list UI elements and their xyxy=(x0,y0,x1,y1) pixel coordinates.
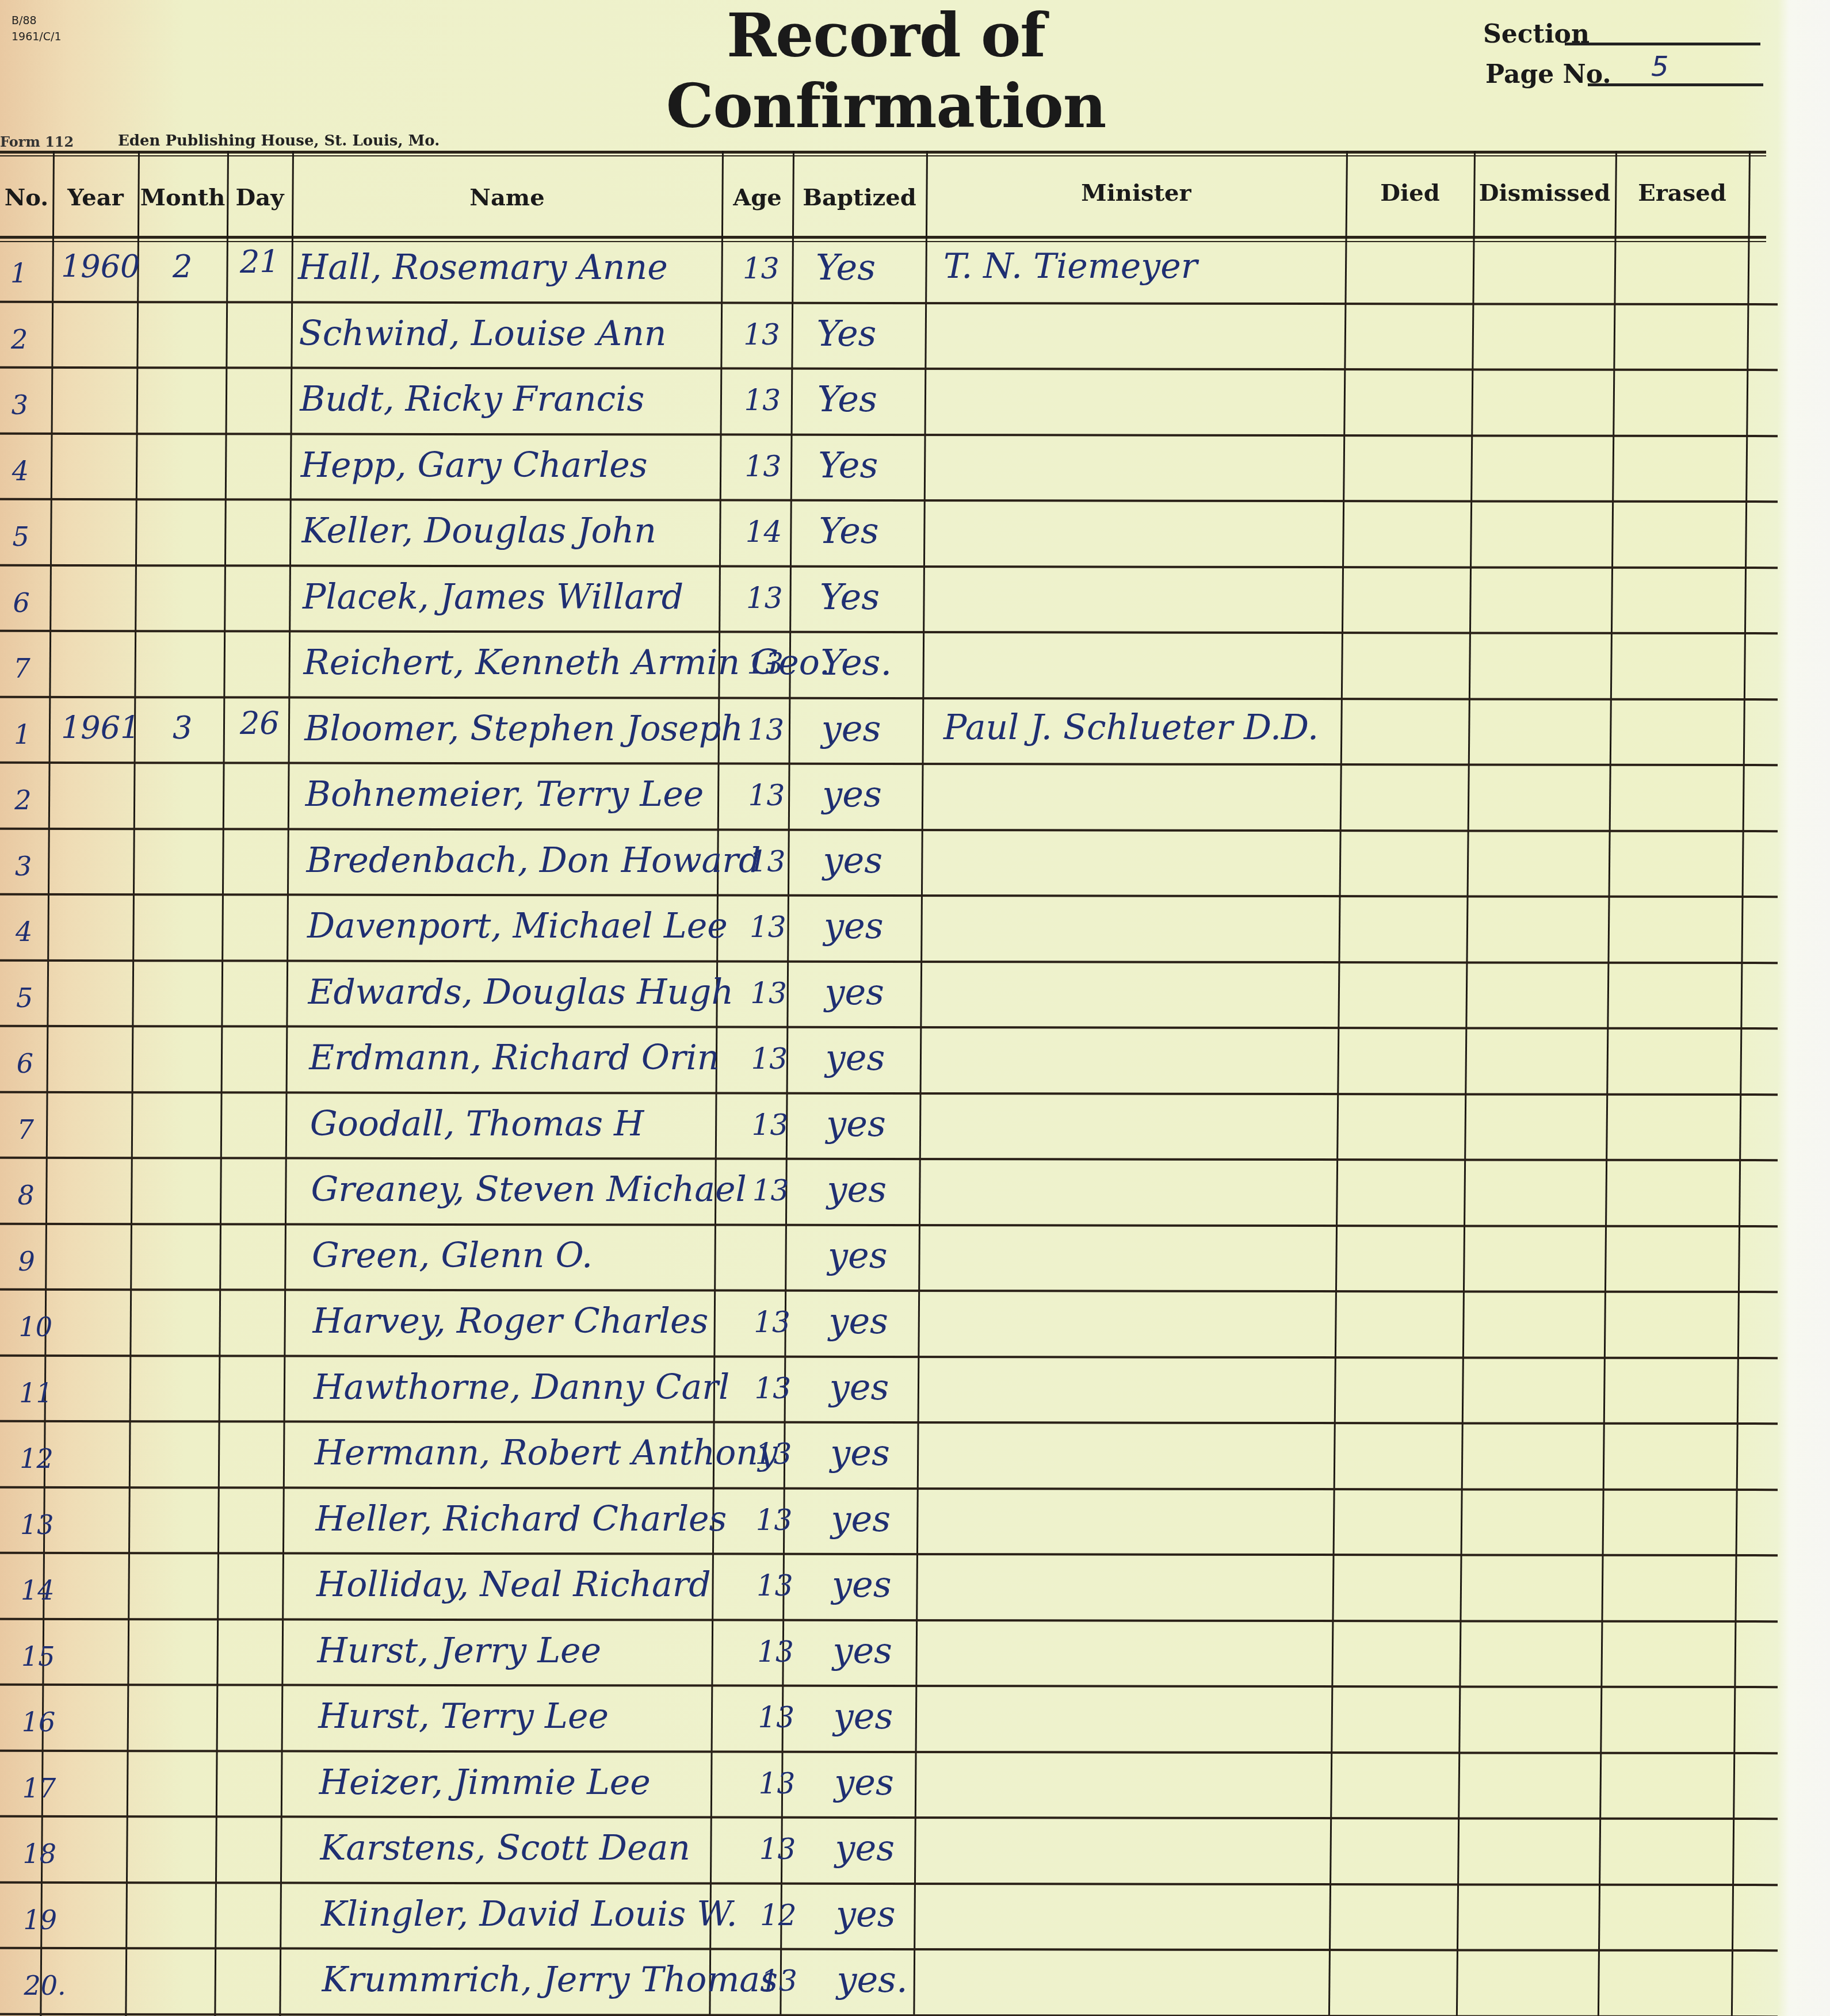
row-rule xyxy=(0,762,1778,766)
row-rule xyxy=(0,498,1778,503)
row-baptized: yes xyxy=(826,1036,885,1078)
row-month: 3 xyxy=(173,710,192,746)
row-name: Hawthorne, Danny Carl xyxy=(314,1367,729,1407)
row-age: 13 xyxy=(754,1372,791,1405)
header-bottom-rule xyxy=(0,236,1766,239)
column-header-age: Age xyxy=(722,184,793,211)
row-rule xyxy=(0,1749,1778,1754)
row-baptized: yes xyxy=(832,1629,892,1671)
row-number: 1 xyxy=(10,258,27,289)
header-bottom-rule-thin xyxy=(0,241,1766,242)
column-divider xyxy=(214,151,229,2016)
row-baptized: yes xyxy=(832,1563,892,1605)
row-number: 17 xyxy=(22,1773,56,1804)
row-name: Klingler, David Louis W. xyxy=(321,1894,738,1934)
row-rule xyxy=(0,1617,1778,1622)
row-age: 13 xyxy=(761,1964,797,1998)
row-baptized: yes xyxy=(824,905,884,947)
row-age: 13 xyxy=(755,1437,792,1471)
row-baptized: Yes xyxy=(818,444,878,486)
row-age: 13 xyxy=(757,1635,794,1669)
column-header-name: Name xyxy=(292,184,722,211)
row-baptized: yes xyxy=(830,1432,890,1474)
row-rule xyxy=(0,432,1778,437)
row-name: Budt, Ricky Francis xyxy=(300,379,644,419)
column-header-baptized: Baptized xyxy=(793,184,926,211)
row-name: Karstens, Scott Dean xyxy=(320,1828,690,1868)
row-number: 6 xyxy=(13,587,30,618)
page-title: Record of Confirmation xyxy=(575,0,1197,141)
row-baptized: Yes xyxy=(820,576,880,618)
row-name: Harvey, Roger Charles xyxy=(313,1301,709,1341)
row-minister: Paul J. Schlueter D.D. xyxy=(943,707,1319,748)
column-divider xyxy=(279,151,294,2016)
archive-reference-line1: B/88 xyxy=(12,13,62,29)
row-name: Placek, James Willard xyxy=(303,577,683,617)
row-age: 13 xyxy=(744,384,781,417)
row-name: Goodall, Thomas H xyxy=(310,1104,644,1144)
row-age: 13 xyxy=(745,450,782,483)
row-baptized: yes xyxy=(824,971,884,1013)
row-baptized: yes xyxy=(822,707,881,749)
row-number: 15 xyxy=(21,1641,55,1672)
row-rule xyxy=(0,1091,1778,1095)
row-name: Holliday, Neal Richard xyxy=(316,1564,711,1605)
row-baptized: yes xyxy=(831,1498,891,1540)
row-age: 12 xyxy=(760,1899,797,1932)
row-age: 13 xyxy=(746,582,783,615)
row-rule xyxy=(0,1420,1778,1425)
row-rule xyxy=(0,1881,1778,1885)
row-rule xyxy=(0,1684,1778,1688)
row-age: 13 xyxy=(752,1108,789,1142)
row-number: 7 xyxy=(13,653,30,684)
row-year: 1961 xyxy=(61,710,140,746)
row-name: Edwards, Douglas Hugh xyxy=(308,972,733,1012)
row-rule xyxy=(0,1354,1778,1359)
row-baptized: yes xyxy=(823,839,883,881)
form-number: Form 112 xyxy=(0,133,74,150)
row-age: 13 xyxy=(757,1569,793,1602)
column-divider xyxy=(1328,151,1348,2016)
row-rule xyxy=(0,366,1778,371)
row-name: Bohnemeier, Terry Lee xyxy=(305,774,704,814)
row-age: 13 xyxy=(758,1701,794,1734)
column-header-dismissed: Dismissed xyxy=(1474,179,1615,206)
row-number: 6 xyxy=(17,1048,33,1079)
row-age: 13 xyxy=(749,845,786,878)
row-name: Heizer, Jimmie Lee xyxy=(319,1762,651,1803)
row-age: 13 xyxy=(743,318,780,351)
header-top-rule xyxy=(0,151,1766,154)
column-divider xyxy=(913,151,928,2016)
row-rule xyxy=(0,1815,1778,1820)
column-header-erased: Erased xyxy=(1615,179,1749,206)
archive-reference-line2: 1961/C/1 xyxy=(12,29,62,45)
row-number: 12 xyxy=(20,1443,54,1474)
row-day: 26 xyxy=(240,705,280,741)
row-age: 13 xyxy=(756,1504,793,1537)
row-baptized: yes xyxy=(826,1103,886,1145)
row-name: Greaney, Steven Michael xyxy=(311,1169,746,1210)
row-number: 3 xyxy=(12,389,28,420)
row-minister: T. N. Tiemeyer xyxy=(943,246,1197,286)
row-number: 2 xyxy=(11,324,28,355)
column-divider xyxy=(1598,151,1617,2016)
row-rule xyxy=(0,827,1778,832)
row-number: 9 xyxy=(18,1246,35,1277)
row-baptized: yes. xyxy=(836,1958,907,2000)
row-age: 13 xyxy=(759,1833,796,1866)
row-name: Schwind, Louise Ann xyxy=(299,313,667,354)
row-name: Keller, Douglas John xyxy=(301,511,656,551)
row-number: 4 xyxy=(16,916,32,947)
row-number: 1 xyxy=(14,719,30,750)
row-rule xyxy=(0,300,1778,305)
row-number: 18 xyxy=(23,1838,57,1869)
column-divider xyxy=(1731,151,1751,2016)
row-name: Hermann, Robert Anthony xyxy=(315,1433,778,1473)
row-rule xyxy=(0,1486,1778,1490)
row-age: 13 xyxy=(759,1767,796,1800)
row-baptized: yes xyxy=(828,1234,888,1276)
row-number: 7 xyxy=(17,1114,34,1145)
row-rule xyxy=(0,893,1778,898)
row-baptized: yes xyxy=(834,1761,894,1803)
row-name: Davenport, Michael Lee xyxy=(307,906,728,946)
row-number: 2 xyxy=(14,785,31,816)
column-divider xyxy=(780,151,794,2016)
row-name: Krummrich, Jerry Thomas xyxy=(322,1960,778,2000)
row-age: 13 xyxy=(743,252,780,285)
row-baptized: yes xyxy=(835,1827,895,1869)
row-age: 14 xyxy=(746,515,782,549)
column-header-died: Died xyxy=(1346,179,1474,206)
row-age: 13 xyxy=(751,1042,788,1076)
row-rule xyxy=(0,2013,1778,2016)
row-year: 1960 xyxy=(61,248,140,285)
row-number: 20. xyxy=(24,1970,66,2001)
row-name: Hurst, Jerry Lee xyxy=(318,1631,601,1671)
row-name: Green, Glenn O. xyxy=(312,1235,593,1276)
row-baptized: Yes xyxy=(817,378,877,420)
row-baptized: yes xyxy=(827,1168,887,1210)
archive-reference: B/88 1961/C/1 xyxy=(12,13,62,45)
row-baptized: Yes. xyxy=(820,641,892,683)
row-baptized: yes xyxy=(830,1366,889,1408)
row-age: 13 xyxy=(754,1306,790,1339)
row-name: Heller, Richard Charles xyxy=(315,1499,727,1539)
row-rule xyxy=(0,1552,1778,1556)
column-divider xyxy=(125,151,140,2016)
row-baptized: yes xyxy=(828,1300,888,1342)
row-name: Bloomer, Stephen Joseph xyxy=(304,709,743,749)
row-age: 13 xyxy=(747,713,784,747)
row-number: 4 xyxy=(12,456,29,487)
row-number: 3 xyxy=(15,851,32,882)
row-rule xyxy=(0,1288,1778,1293)
row-name: Erdmann, Richard Orin xyxy=(309,1038,719,1078)
row-rule xyxy=(0,959,1778,963)
row-age: 13 xyxy=(750,911,786,944)
row-age: 13 xyxy=(750,977,787,1010)
row-age: 13 xyxy=(752,1174,789,1207)
row-rule xyxy=(0,564,1778,568)
row-baptized: Yes xyxy=(816,312,876,354)
row-name: Hall, Rosemary Anne xyxy=(298,247,668,288)
row-number: 19 xyxy=(24,1904,58,1935)
row-day: 21 xyxy=(240,244,280,280)
row-baptized: yes xyxy=(836,1893,896,1935)
row-number: 11 xyxy=(19,1378,53,1409)
row-number: 10 xyxy=(18,1311,52,1342)
row-number: 8 xyxy=(18,1180,35,1211)
row-month: 2 xyxy=(173,248,192,285)
row-baptized: yes xyxy=(822,773,882,815)
row-rule xyxy=(0,695,1778,700)
publisher: Eden Publishing House, St. Louis, Mo. xyxy=(118,132,440,150)
column-header-month: Month xyxy=(138,184,227,211)
row-baptized: Yes xyxy=(819,510,879,552)
row-rule xyxy=(0,1947,1778,1952)
column-divider xyxy=(1456,151,1476,2016)
row-name: Hepp, Gary Charles xyxy=(301,445,648,485)
row-age: 13 xyxy=(748,779,785,812)
row-rule xyxy=(0,630,1778,634)
row-number: 5 xyxy=(16,982,33,1013)
header-top-rule-thin xyxy=(0,155,1766,156)
page-number-field xyxy=(1588,83,1763,86)
row-name: Bredenbach, Don Howard xyxy=(306,840,761,881)
row-number: 16 xyxy=(22,1707,56,1738)
row-baptized: yes xyxy=(834,1695,893,1737)
row-number: 5 xyxy=(13,521,29,552)
row-name: Hurst, Terry Lee xyxy=(318,1696,609,1736)
column-header-minister: Minister xyxy=(926,179,1346,206)
row-age: 13 xyxy=(747,647,784,680)
row-number: 14 xyxy=(21,1575,55,1606)
column-header-day: Day xyxy=(227,184,292,211)
row-rule xyxy=(0,1222,1778,1227)
row-baptized: Yes xyxy=(816,246,876,288)
column-divider xyxy=(709,151,724,2016)
page-number-value: 5 xyxy=(1651,51,1669,83)
column-header-no: No. xyxy=(0,184,53,211)
column-header-year: Year xyxy=(53,184,138,211)
row-rule xyxy=(0,1025,1778,1030)
row-number: 13 xyxy=(20,1509,54,1540)
section-field xyxy=(1565,43,1760,45)
row-rule xyxy=(0,1157,1778,1161)
